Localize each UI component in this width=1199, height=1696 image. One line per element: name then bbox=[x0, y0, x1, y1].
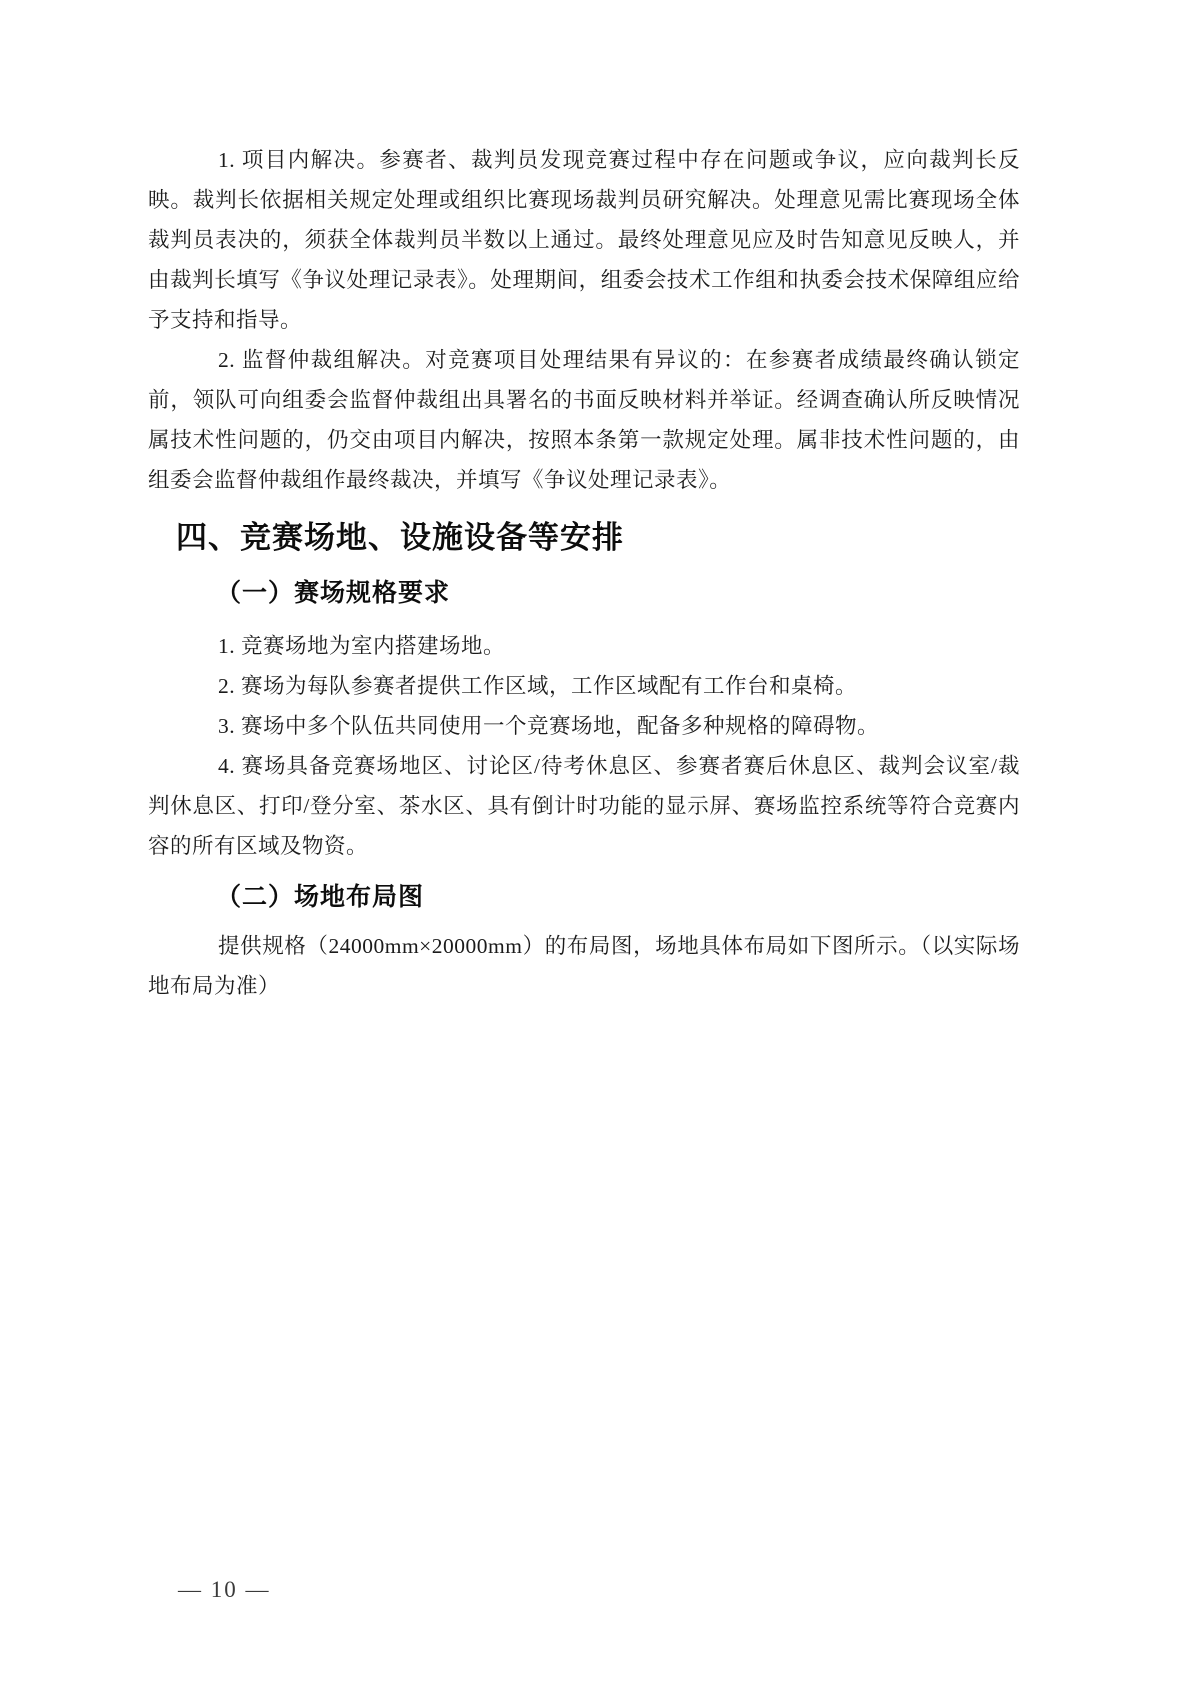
subsection-heading-venue-specs: （一）赛场规格要求 bbox=[216, 572, 1020, 614]
venue-spec-item-3: 3. 赛场中多个队伍共同使用一个竞赛场地，配备多种规格的障碍物。 bbox=[148, 706, 1020, 746]
venue-spec-item-2: 2. 赛场为每队参赛者提供工作区域，工作区域配有工作台和桌椅。 bbox=[148, 666, 1020, 706]
section-heading-venue-facilities: 四、竞赛场地、设施设备等安排 bbox=[176, 514, 1020, 562]
document-page: 1. 项目内解决。参赛者、裁判员发现竞赛过程中存在问题或争议，应向裁判长反映。裁… bbox=[0, 0, 1199, 1696]
page-number: — 10 — bbox=[178, 1576, 271, 1604]
paragraph-layout-dimensions: 提供规格（24000mm×20000mm）的布局图，场地具体布局如下图所示。（以… bbox=[148, 926, 1020, 1006]
paragraph-dispute-resolution-arbitration: 2. 监督仲裁组解决。对竞赛项目处理结果有异议的：在参赛者成绩最终确认锁定前，领… bbox=[148, 340, 1020, 500]
paragraph-dispute-resolution-project: 1. 项目内解决。参赛者、裁判员发现竞赛过程中存在问题或争议，应向裁判长反映。裁… bbox=[148, 140, 1020, 340]
subsection-heading-site-layout: （二）场地布局图 bbox=[216, 876, 1020, 918]
venue-spec-item-1: 1. 竞赛场地为室内搭建场地。 bbox=[148, 626, 1020, 666]
venue-spec-item-4: 4. 赛场具备竞赛场地区、讨论区/待考休息区、参赛者赛后休息区、裁判会议室/裁判… bbox=[148, 746, 1020, 866]
page-content: 1. 项目内解决。参赛者、裁判员发现竞赛过程中存在问题或争议，应向裁判长反映。裁… bbox=[148, 130, 1020, 1006]
